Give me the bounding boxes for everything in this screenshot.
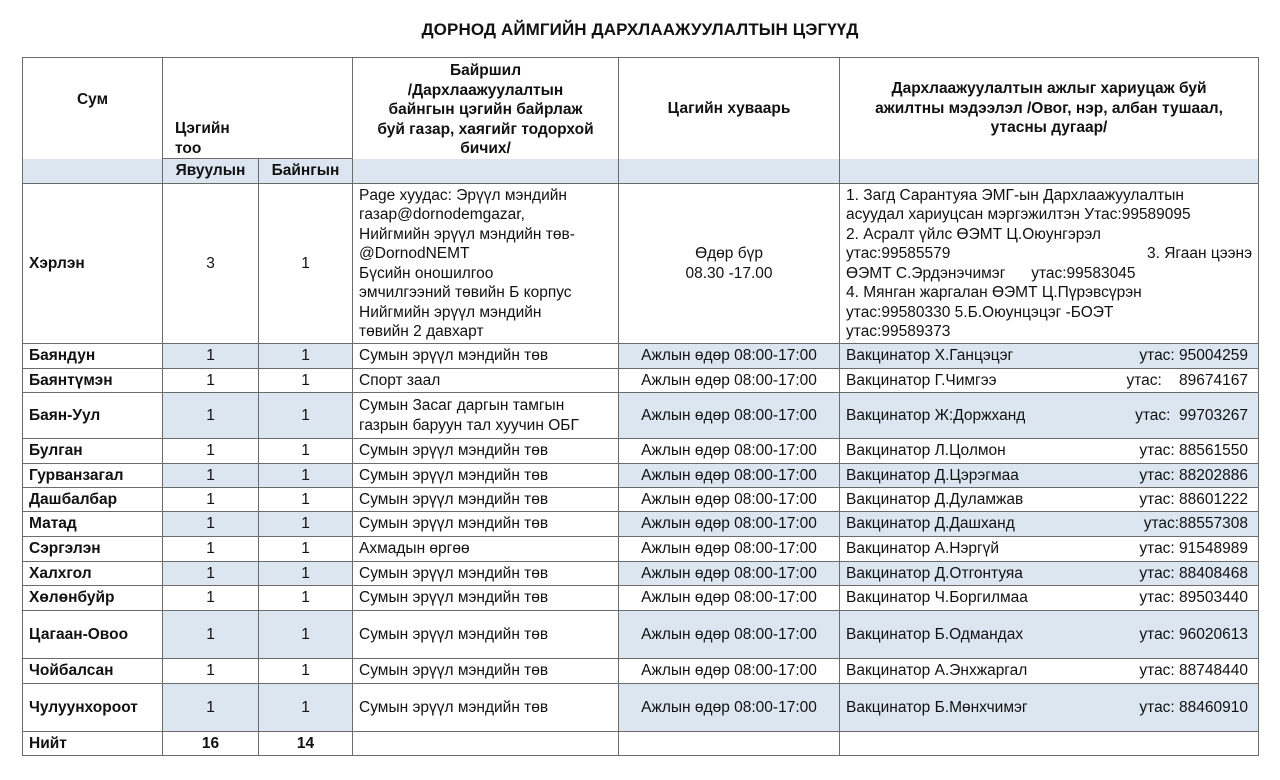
mobile-count: 1	[163, 344, 259, 369]
sum-name: Хэрлэн	[23, 184, 163, 344]
fixed-count: 1	[259, 611, 353, 659]
document-title: ДОРНОД АЙМГИЙН ДАРХЛААЖУУЛАЛТЫН ЦЭГҮҮД	[0, 20, 1280, 40]
staff-phone: утас: 88561550	[1139, 441, 1252, 461]
staff-info: Вакцинатор Б.Мөнхчимэгутас: 88460910	[840, 684, 1259, 732]
staff-line: утас:995855793. Ягаан цээнэ	[846, 244, 1252, 264]
table-row: Халхгол11Сумын эрүүл мэндийн төвАжлын өд…	[23, 562, 1259, 586]
table-row: Баяндун11Сумын эрүүл мэндийн төвАжлын өд…	[23, 344, 1259, 369]
staff-info: Вакцинатор Б.Одмандахутас: 96020613	[840, 611, 1259, 659]
staff-phone: утас: 96020613	[1139, 625, 1252, 645]
location: Ахмадын өргөө	[353, 537, 619, 562]
staff-info: Вакцинатор А.Нэргүйутас: 91548989	[840, 537, 1259, 562]
staff-name: Вакцинатор Б.Одмандах	[846, 625, 1023, 645]
staff-name: Вакцинатор А.Нэргүй	[846, 539, 999, 559]
total-mobile: 16	[163, 732, 259, 756]
schedule: Ажлын өдөр 08:00-17:00	[619, 586, 840, 611]
header-staff-band	[840, 159, 1259, 184]
fixed-count: 1	[259, 659, 353, 684]
sum-name: Хөлөнбуйр	[23, 586, 163, 611]
fixed-count: 1	[259, 369, 353, 393]
staff-info: Вакцинатор Х.Ганцэцэгутас: 95004259	[840, 344, 1259, 369]
header-sum: Сум	[23, 58, 163, 159]
sum-name: Чулуунхороот	[23, 684, 163, 732]
fixed-count: 1	[259, 512, 353, 537]
table-row: Чойбалсан11Сумын эрүүл мэндийн төвАжлын …	[23, 659, 1259, 684]
mobile-count: 1	[163, 684, 259, 732]
staff-line: утас:99580330 5.Б.Оюунцэцэг -БОЭТ	[846, 303, 1252, 323]
fixed-count: 1	[259, 684, 353, 732]
header-fixed: Байнгын	[259, 159, 353, 184]
staff-name: Вакцинатор Б.Мөнхчимэг	[846, 698, 1028, 718]
staff-line: 1. Загд Сарантуяа ЭМГ-ын Дархлаажуулалты…	[846, 186, 1252, 206]
staff-phone: утас: 88601222	[1139, 490, 1252, 510]
staff-info: Вакцинатор Ч.Боргилмааутас: 89503440	[840, 586, 1259, 611]
fixed-count: 1	[259, 562, 353, 586]
staff-info: Вакцинатор А.Энхжаргалутас: 88748440	[840, 659, 1259, 684]
schedule: Ажлын өдөр 08:00-17:00	[619, 611, 840, 659]
table-row: Чулуунхороот11Сумын эрүүл мэндийн төвАжл…	[23, 684, 1259, 732]
sum-name: Гурванзагал	[23, 464, 163, 488]
location: Сумын эрүүл мэндийн төв	[353, 464, 619, 488]
fixed-count: 1	[259, 464, 353, 488]
staff-phone: утас: 88748440	[1139, 661, 1252, 681]
staff-info: Вакцинатор Д.Дуламжавутас: 88601222	[840, 488, 1259, 512]
fixed-count: 1	[259, 537, 353, 562]
staff-line: ӨЭМТ С.Эрдэнэчимэг утас:99583045	[846, 264, 1252, 284]
table-row: Матад11Сумын эрүүл мэндийн төвАжлын өдөр…	[23, 512, 1259, 537]
subheader-row: Явуулын Байнгын	[23, 159, 1259, 184]
total-empty-schedule	[619, 732, 840, 756]
mobile-count: 1	[163, 464, 259, 488]
table-row: Баян-Уул11Сумын Засаг даргын тамгын газр…	[23, 393, 1259, 439]
sum-name: Булган	[23, 439, 163, 464]
sum-name: Баяндун	[23, 344, 163, 369]
staff-line: 4. Мянган жаргалан ӨЭМТ Ц.Пүрэвсүрэн	[846, 283, 1252, 303]
schedule: Ажлын өдөр 08:00-17:00	[619, 512, 840, 537]
staff-phone: утас: 88202886	[1139, 466, 1252, 486]
sum-name: Дашбалбар	[23, 488, 163, 512]
vaccination-points-table: Сум Цэгийн тоо Байршил /Дархлаажуулалтын…	[22, 57, 1259, 756]
location: Сумын эрүүл мэндийн төв	[353, 562, 619, 586]
staff-phone: утас: 89503440	[1139, 588, 1252, 608]
table-row: Гурванзагал11Сумын эрүүл мэндийн төвАжлы…	[23, 464, 1259, 488]
header-schedule-band	[619, 159, 840, 184]
table-row: Булган11Сумын эрүүл мэндийн төвАжлын өдө…	[23, 439, 1259, 464]
location: Спорт заал	[353, 369, 619, 393]
sum-name: Матад	[23, 512, 163, 537]
staff-name: Вакцинатор Г.Чимгээ	[846, 371, 997, 391]
staff-phone: утас: 91548989	[1139, 539, 1252, 559]
staff-line: асуудал хариуцсан мэргэжилтэн Утас:99589…	[846, 205, 1252, 225]
schedule: Ажлын өдөр 08:00-17:00	[619, 659, 840, 684]
staff-name: Вакцинатор Д.Цэрэгмаа	[846, 466, 1019, 486]
staff-name: Вакцинатор Х.Ганцэцэг	[846, 346, 1013, 366]
total-empty-staff	[840, 732, 1259, 756]
fixed-count: 1	[259, 184, 353, 344]
staff-phone: утас: 88408468	[1139, 564, 1252, 584]
staff-info: Вакцинатор Д.Дашхандутас:88557308	[840, 512, 1259, 537]
schedule: Ажлын өдөр 08:00-17:00	[619, 537, 840, 562]
location: Сумын эрүүл мэндийн төв	[353, 439, 619, 464]
staff-line: утас:99589373	[846, 322, 1252, 342]
staff-name: Вакцинатор Ж:Доржханд	[846, 406, 1025, 426]
header-row: Сум Цэгийн тоо Байршил /Дархлаажуулалтын…	[23, 58, 1259, 159]
mobile-count: 1	[163, 537, 259, 562]
fixed-count: 1	[259, 393, 353, 439]
staff-name: Вакцинатор Д.Дуламжав	[846, 490, 1023, 510]
location: Сумын Засаг даргын тамгын газрын баруун …	[353, 393, 619, 439]
staff-phone: утас: 88460910	[1139, 698, 1252, 718]
schedule: Ажлын өдөр 08:00-17:00	[619, 439, 840, 464]
location: Page хуудас: Эрүүл мэндийн газар@dornode…	[353, 184, 619, 344]
mobile-count: 1	[163, 439, 259, 464]
staff-phone: утас: 99703267	[1135, 406, 1252, 426]
mobile-count: 1	[163, 369, 259, 393]
staff-info: Вакцинатор Л.Цолмонутас: 88561550	[840, 439, 1259, 464]
total-label: Нийт	[23, 732, 163, 756]
total-row: Нийт1614	[23, 732, 1259, 756]
header-schedule: Цагийн хуваарь	[619, 58, 840, 159]
schedule: Ажлын өдөр 08:00-17:00	[619, 464, 840, 488]
fixed-count: 1	[259, 586, 353, 611]
total-fixed: 14	[259, 732, 353, 756]
sum-name: Чойбалсан	[23, 659, 163, 684]
mobile-count: 1	[163, 659, 259, 684]
location: Сумын эрүүл мэндийн төв	[353, 684, 619, 732]
sum-name: Сэргэлэн	[23, 537, 163, 562]
header-location-band	[353, 159, 619, 184]
staff-name: Вакцинатор Д.Отгонтуяа	[846, 564, 1023, 584]
location: Сумын эрүүл мэндийн төв	[353, 344, 619, 369]
fixed-count: 1	[259, 488, 353, 512]
staff-name: Вакцинатор Л.Цолмон	[846, 441, 1006, 461]
table-row: Сэргэлэн11Ахмадын өргөөАжлын өдөр 08:00-…	[23, 537, 1259, 562]
mobile-count: 1	[163, 393, 259, 439]
staff-phone: утас: 95004259	[1139, 346, 1252, 366]
staff-info: Вакцинатор Д.Цэрэгмааутас: 88202886	[840, 464, 1259, 488]
mobile-count: 1	[163, 586, 259, 611]
total-empty-location	[353, 732, 619, 756]
schedule: Ажлын өдөр 08:00-17:00	[619, 684, 840, 732]
staff-info: 1. Загд Сарантуяа ЭМГ-ын Дархлаажуулалты…	[840, 184, 1259, 344]
header-mobile: Явуулын	[163, 159, 259, 184]
staff-info: Вакцинатор Ж:Доржхандутас: 99703267	[840, 393, 1259, 439]
table-row: Баянтүмэн11Спорт заалАжлын өдөр 08:00-17…	[23, 369, 1259, 393]
schedule: Өдөр бүр 08.30 -17.00	[619, 184, 840, 344]
staff-phone: утас: 89674167	[1126, 371, 1252, 391]
fixed-count: 1	[259, 439, 353, 464]
sum-name: Баян-Уул	[23, 393, 163, 439]
schedule: Ажлын өдөр 08:00-17:00	[619, 344, 840, 369]
table-row: Цагаан-Овоо11Сумын эрүүл мэндийн төвАжлы…	[23, 611, 1259, 659]
mobile-count: 1	[163, 611, 259, 659]
sum-name: Халхгол	[23, 562, 163, 586]
staff-phone: утас:88557308	[1144, 514, 1252, 534]
mobile-count: 3	[163, 184, 259, 344]
location: Сумын эрүүл мэндийн төв	[353, 512, 619, 537]
mobile-count: 1	[163, 488, 259, 512]
header-count: Цэгийн тоо	[163, 58, 353, 159]
staff-name: Вакцинатор Д.Дашханд	[846, 514, 1015, 534]
table-row: Дашбалбар11Сумын эрүүл мэндийн төвАжлын …	[23, 488, 1259, 512]
sum-name: Баянтүмэн	[23, 369, 163, 393]
location: Сумын эрүүл мэндийн төв	[353, 488, 619, 512]
staff-info: Вакцинатор Г.Чимгээутас: 89674167	[840, 369, 1259, 393]
location: Сумын эрүүл мэндийн төв	[353, 611, 619, 659]
location: Сумын эрүүл мэндийн төв	[353, 659, 619, 684]
header-staff: Дархлаажуулалтын ажлыг хариуцаж буй ажил…	[840, 58, 1259, 159]
staff-name: Вакцинатор А.Энхжаргал	[846, 661, 1027, 681]
mobile-count: 1	[163, 512, 259, 537]
staff-name: Вакцинатор Ч.Боргилмаа	[846, 588, 1028, 608]
header-sum-band	[23, 159, 163, 184]
mobile-count: 1	[163, 562, 259, 586]
staff-line: 2. Асралт үйлс ӨЭМТ Ц.Оюунгэрэл	[846, 225, 1252, 245]
fixed-count: 1	[259, 344, 353, 369]
table-row: Хөлөнбуйр11Сумын эрүүл мэндийн төвАжлын …	[23, 586, 1259, 611]
schedule: Ажлын өдөр 08:00-17:00	[619, 562, 840, 586]
sum-name: Цагаан-Овоо	[23, 611, 163, 659]
schedule: Ажлын өдөр 08:00-17:00	[619, 369, 840, 393]
staff-info: Вакцинатор Д.Отгонтуяаутас: 88408468	[840, 562, 1259, 586]
schedule: Ажлын өдөр 08:00-17:00	[619, 393, 840, 439]
header-location: Байршил /Дархлаажуулалтын байнгын цэгийн…	[353, 58, 619, 159]
location: Сумын эрүүл мэндийн төв	[353, 586, 619, 611]
table-row: Хэрлэн31Page хуудас: Эрүүл мэндийн газар…	[23, 184, 1259, 344]
schedule: Ажлын өдөр 08:00-17:00	[619, 488, 840, 512]
